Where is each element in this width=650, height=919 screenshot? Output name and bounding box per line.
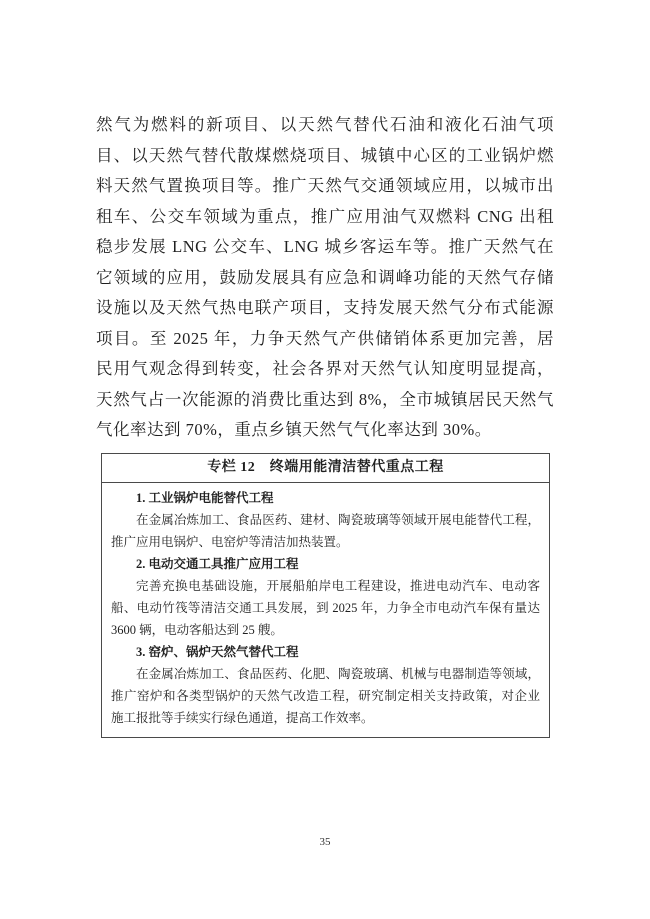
callout-text-line: 船、电动竹筏等清洁交通工具发展，到 2025 年，力争全市电动汽车保有量达 (111, 597, 540, 619)
callout-text-line: 在金属冶炼加工、食品医药、化肥、陶瓷玻璃、机械与电器制造等领域， (111, 663, 540, 685)
callout-text-line: 在金属冶炼加工、食品医药、建材、陶瓷玻璃等领域开展电能替代工程， (111, 509, 540, 531)
text-line: 料天然气置换项目等。推广天然气交通领域应用，以城市出 (96, 171, 554, 202)
callout-text-line: 推广窑炉和各类型锅炉的天然气改造工程，研究制定相关支持政策，对企业 (111, 685, 540, 707)
body-paragraph: 然气为燃料的新项目、以天然气替代石油和液化石油气项 目、以天然气替代散煤燃烧项目… (96, 110, 554, 446)
callout-section-heading: 3. 窑炉、锅炉天然气替代工程 (111, 641, 540, 663)
text-line: 民用气观念得到转变，社会各界对天然气认知度明显提高， (96, 354, 554, 385)
text-line: 气化率达到 70%，重点乡镇天然气气化率达到 30%。 (96, 415, 554, 446)
document-page: 然气为燃料的新项目、以天然气替代石油和液化石油气项 目、以天然气替代散煤燃烧项目… (0, 0, 650, 919)
callout-box: 专栏 12 终端用能清洁替代重点工程 1. 工业锅炉电能替代工程 在金属冶炼加工… (101, 453, 550, 738)
text-line: 设施以及天然气热电联产项目，支持发展天然气分布式能源 (96, 293, 554, 324)
callout-box-body: 1. 工业锅炉电能替代工程 在金属冶炼加工、食品医药、建材、陶瓷玻璃等领域开展电… (102, 483, 549, 737)
text-line: 它领域的应用，鼓励发展具有应急和调峰功能的天然气存储 (96, 263, 554, 294)
callout-section-heading: 2. 电动交通工具推广应用工程 (111, 553, 540, 575)
text-line: 项目。至 2025 年，力争天然气产供储销体系更加完善，居 (96, 324, 554, 355)
text-line: 稳步发展 LNG 公交车、LNG 城乡客运车等。推广天然气在其 (96, 232, 554, 263)
callout-text-line: 施工报批等手续实行绿色通道，提高工作效率。 (111, 707, 540, 729)
text-line: 租车、公交车领域为重点，推广应用油气双燃料 CNG 出租车， (96, 202, 554, 233)
callout-box-title: 专栏 12 终端用能清洁替代重点工程 (102, 454, 549, 483)
callout-text-line: 推广应用电锅炉、电窑炉等清洁加热装置。 (111, 531, 540, 553)
callout-text-line: 完善充换电基础设施，开展船舶岸电工程建设，推进电动汽车、电动客 (111, 575, 540, 597)
callout-section-heading: 1. 工业锅炉电能替代工程 (111, 487, 540, 509)
callout-text-line: 3600 辆，电动客船达到 25 艘。 (111, 619, 540, 641)
text-line: 目、以天然气替代散煤燃烧项目、城镇中心区的工业锅炉燃 (96, 141, 554, 172)
page-number: 35 (0, 836, 650, 848)
text-line: 然气为燃料的新项目、以天然气替代石油和液化石油气项 (96, 110, 554, 141)
text-line: 天然气占一次能源的消费比重达到 8%，全市城镇居民天然气 (96, 385, 554, 416)
